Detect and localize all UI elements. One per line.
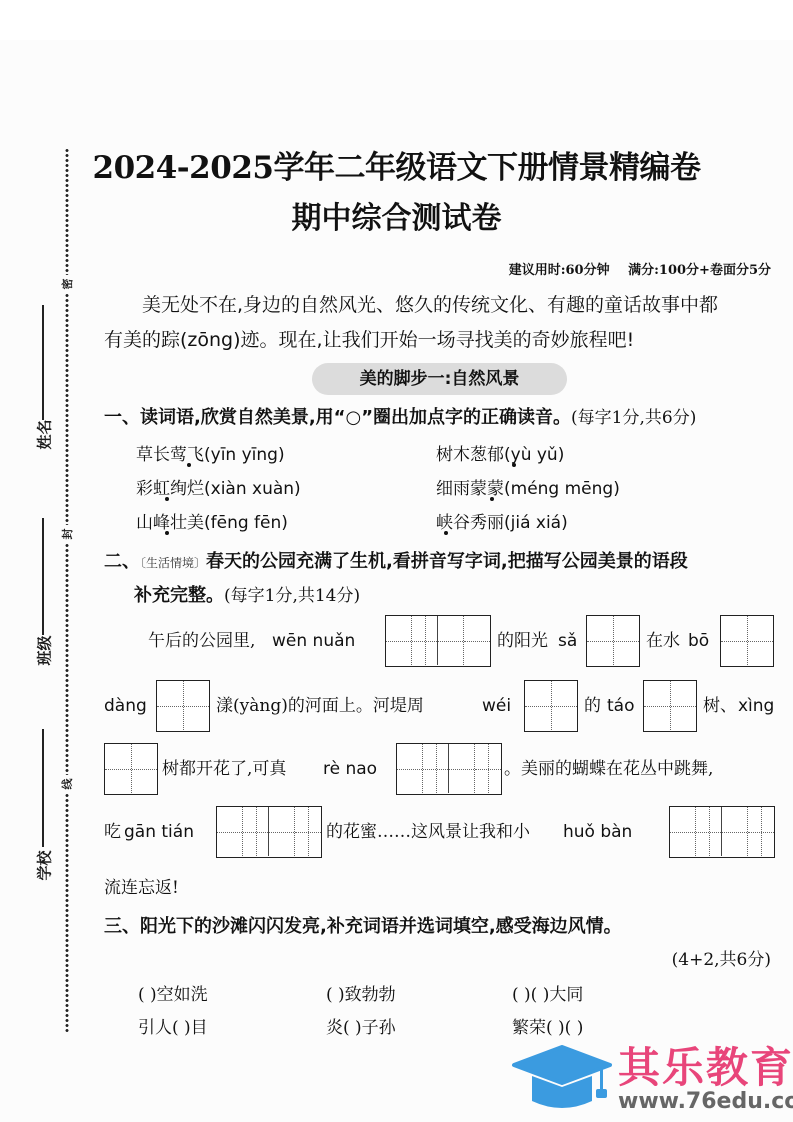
question-3-title: 三、阳光下的沙滩闪闪发亮,补充词语并选词填空,感受海边风情。 xyxy=(104,912,622,938)
q3-fill-item-5[interactable]: 炎( )子孙 xyxy=(326,1013,396,1038)
writing-grid-gan-tian[interactable] xyxy=(216,806,322,858)
pinyin-prompt: wéi xyxy=(482,680,511,732)
question-2-text: 春天的公园充满了生机,看拼音写字词,把描写公园美景的语段 xyxy=(206,551,688,572)
section-pill-heading: 美的脚步一:自然风景 xyxy=(312,363,567,395)
question-2-title: 二、〔生活情境〕春天的公园充满了生机,看拼音写字词,把描写公园美景的语段 xyxy=(104,547,688,573)
q1-item-3: 彩虹绚烂(xiàn xuàn) xyxy=(136,474,301,499)
pinyin-prompt: huǒ bàn xyxy=(563,806,632,858)
passage-text: 的花蜜……这风景让我和小 xyxy=(326,806,530,858)
emphasis-dot xyxy=(490,497,494,501)
q2-passage-line-1: 午后的公园里, wēn nuǎn 的阳光 sǎ 在水 bō xyxy=(104,615,784,667)
writing-grid-huo-ban[interactable] xyxy=(669,806,775,858)
q2-passage-line-4: 吃 gān tián 的花蜜……这风景让我和小 huǒ bàn xyxy=(104,806,784,858)
pinyin-prompt: xìng xyxy=(738,680,774,732)
q2-passage-line-2: dàng 漾(yàng)的河面上。河堤周 wéi 的 táo 树、 xìng xyxy=(104,680,784,732)
question-2-score: (每字1分,共14分) xyxy=(224,586,360,606)
q1-pinyin-options[interactable]: (jiá xiá) xyxy=(504,513,568,533)
q3-fill-item-1[interactable]: ( )空如洗 xyxy=(138,980,208,1005)
pinyin-prompt: dàng xyxy=(104,680,147,732)
passage-text: 的 xyxy=(584,680,601,732)
question-1-score: (每字1分,共6分) xyxy=(571,408,696,428)
q1-word: 草长莺飞 xyxy=(136,445,204,465)
passage-text: 。美丽的蝴蝶在花丛中跳舞, xyxy=(504,743,713,795)
passage-text: 漾(yàng)的河面上。河堤周 xyxy=(216,680,424,732)
emphasis-dot xyxy=(512,463,516,467)
passage-text: 的阳光 xyxy=(497,615,548,667)
intro-paragraph: 美无处不在,身边的自然风光、悠久的传统文化、有趣的童话故事中都 有美的踪(zōn… xyxy=(104,288,776,358)
intro-line-2: 有美的踪(zōng)迹。现在,让我们开始一场寻找美的奇妙旅程吧! xyxy=(104,323,776,358)
name-field-line[interactable] xyxy=(42,305,44,420)
top-band xyxy=(0,0,793,40)
writing-grid-dang[interactable] xyxy=(156,680,210,732)
exam-title: 2024-2025学年二年级语文下册情景精编卷 xyxy=(0,142,793,187)
q1-item-5: 山峰壮美(fēng fēn) xyxy=(136,508,288,533)
school-field-label: 学校 xyxy=(34,846,55,886)
exam-subtitle: 期中综合测试卷 xyxy=(0,193,793,237)
q1-item-4: 细雨蒙蒙(méng mēng) xyxy=(436,474,620,499)
pinyin-prompt: sǎ xyxy=(558,615,577,667)
q2-passage-line-3: 树都开花了,可真 rè nao 。美丽的蝴蝶在花丛中跳舞, xyxy=(104,743,784,795)
watermark-logo: 其乐教育 www.76edu.com xyxy=(510,1043,790,1113)
emphasis-dot xyxy=(444,531,448,535)
question-1-text: 一、读词语,欣赏自然美景,用“○”圈出加点字的正确读音。 xyxy=(104,407,571,428)
passage-text: 午后的公园里, xyxy=(148,615,255,667)
q1-word: 彩虹绚烂 xyxy=(136,479,204,499)
q3-fill-item-4[interactable]: 引人( )目 xyxy=(138,1013,208,1038)
q1-word: 细雨蒙蒙 xyxy=(436,479,504,499)
class-field-label: 班级 xyxy=(34,631,55,671)
q2-passage-line-5: 流连忘返! xyxy=(104,873,179,898)
q3-fill-item-2[interactable]: ( )致勃勃 xyxy=(326,980,396,1005)
question-2-title-line2: 补充完整。(每字1分,共14分) xyxy=(134,581,360,607)
class-field-line[interactable] xyxy=(42,518,44,635)
seal-char-feng: 封 xyxy=(59,525,75,543)
full-score: 满分:100分+卷面分5分 xyxy=(628,263,771,278)
pinyin-prompt: táo xyxy=(607,680,634,732)
writing-grid-tao[interactable] xyxy=(643,680,697,732)
question-3-score: (4+2,共6分) xyxy=(672,945,771,970)
q1-word: 峡谷秀丽 xyxy=(436,513,504,533)
seal-char-xian: 线 xyxy=(59,775,75,793)
q1-pinyin-options[interactable]: (fēng fēn) xyxy=(204,513,288,533)
school-field-line[interactable] xyxy=(42,729,44,847)
q3-fill-item-6[interactable]: 繁荣( )( ) xyxy=(512,1013,583,1038)
intro-line-1: 美无处不在,身边的自然风光、悠久的传统文化、有趣的童话故事中都 xyxy=(142,294,718,316)
q1-word: 树木葱郁 xyxy=(436,445,504,465)
writing-grid-sa[interactable] xyxy=(586,615,640,667)
writing-grid-re-nao[interactable] xyxy=(396,743,502,795)
q1-item-1: 草长莺飞(yīn yīng) xyxy=(136,440,285,465)
name-field-label: 姓名 xyxy=(34,415,55,455)
watermark-url: www.76edu.com xyxy=(618,1089,793,1114)
q1-pinyin-options[interactable]: (xiàn xuàn) xyxy=(204,479,301,499)
emphasis-dot xyxy=(165,531,169,535)
q1-pinyin-options[interactable]: (méng mēng) xyxy=(504,479,620,499)
writing-grid-xing[interactable] xyxy=(104,743,158,795)
writing-grid-wen-nuan[interactable] xyxy=(385,615,491,667)
passage-text: 在水 xyxy=(646,615,680,667)
q1-word: 山峰壮美 xyxy=(136,513,204,533)
graduation-cap-icon xyxy=(510,1043,615,1113)
passage-text: 吃 xyxy=(104,806,121,858)
watermark-brand: 其乐教育 xyxy=(618,1035,793,1095)
q3-fill-item-3[interactable]: ( )( )大同 xyxy=(512,980,583,1005)
question-2-number: 二、 xyxy=(104,551,140,572)
question-1-title: 一、读词语,欣赏自然美景,用“○”圈出加点字的正确读音。(每字1分,共6分) xyxy=(104,403,696,429)
pinyin-prompt: bō xyxy=(688,615,709,667)
seal-char-mi: 密 xyxy=(59,275,75,293)
emphasis-dot xyxy=(165,497,169,501)
q1-item-6: 峡谷秀丽(jiá xiá) xyxy=(436,508,568,533)
writing-grid-wei[interactable] xyxy=(524,680,578,732)
passage-text: 树、 xyxy=(703,680,737,732)
q1-pinyin-options[interactable]: (yīn yīng) xyxy=(204,445,285,465)
exam-meta: 建议用时:60分钟 满分:100分+卷面分5分 xyxy=(495,259,771,278)
emphasis-dot xyxy=(187,463,191,467)
question-2-text-2: 补充完整。 xyxy=(134,585,224,606)
pinyin-prompt: wēn nuǎn xyxy=(272,615,355,667)
pinyin-prompt: rè nao xyxy=(323,743,377,795)
writing-grid-bo[interactable] xyxy=(720,615,774,667)
suggested-time: 建议用时:60分钟 xyxy=(509,263,610,278)
q1-item-2: 树木葱郁(yù yǔ) xyxy=(436,440,564,465)
passage-text: 树都开花了,可真 xyxy=(162,743,286,795)
q1-pinyin-options[interactable]: (yù yǔ) xyxy=(504,445,564,465)
question-2-tag: 〔生活情境〕 xyxy=(140,556,206,570)
pinyin-prompt: gān tián xyxy=(124,806,194,858)
